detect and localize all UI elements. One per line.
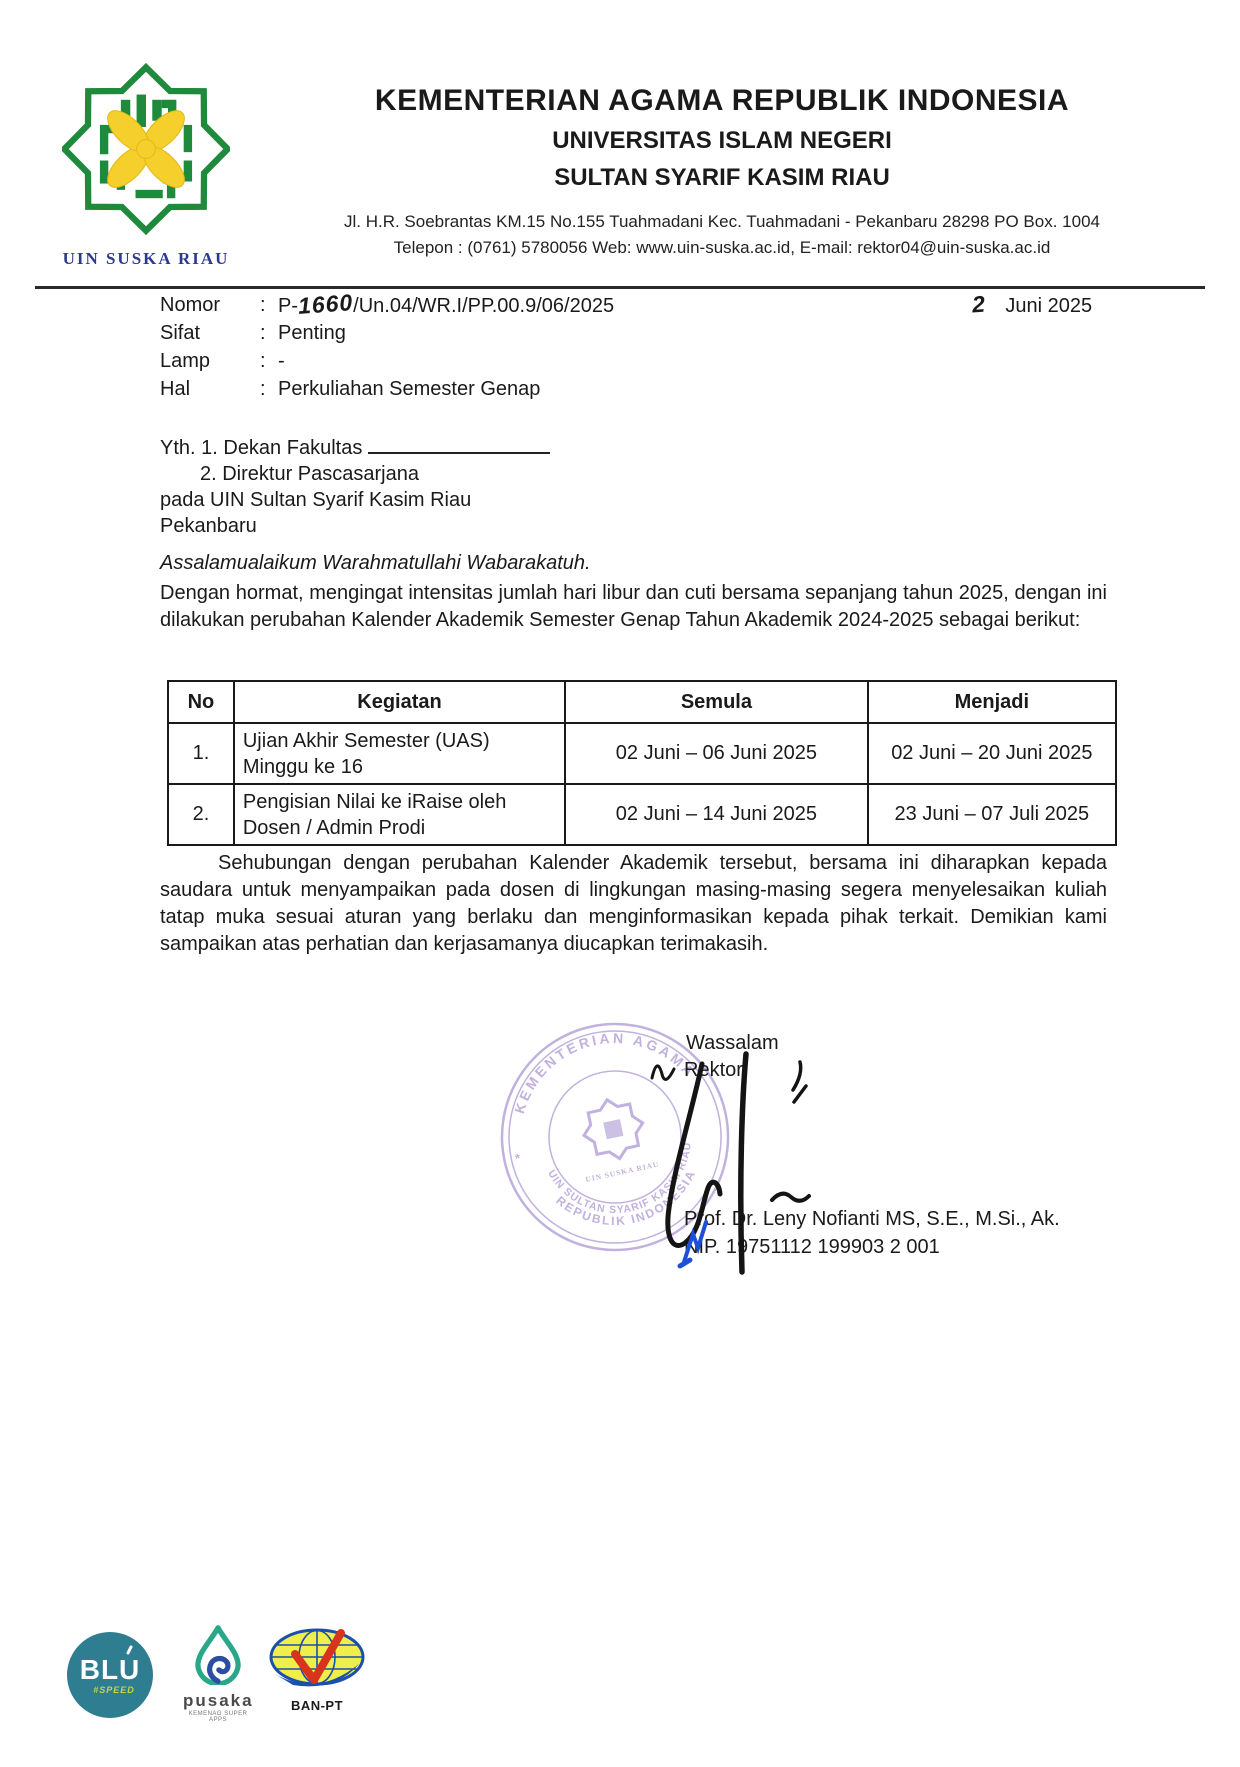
salutation: Assalamualaikum Warahmatullahi Wabarakat… bbox=[160, 552, 591, 575]
table-row: 1. Ujian Akhir Semester (UAS) Minggu ke … bbox=[168, 723, 1116, 784]
pusaka-logo: pusaka KEMENAG SUPER APPS bbox=[183, 1625, 253, 1723]
col-header-kegiatan: Kegiatan bbox=[234, 681, 565, 723]
meta-lamp: Lamp : - bbox=[160, 350, 614, 378]
col-header-semula: Semula bbox=[565, 681, 868, 723]
university-address: Jl. H.R. Soebrantas KM.15 No.155 Tuahmad… bbox=[290, 212, 1154, 232]
banpt-label: BAN-PT bbox=[266, 1698, 368, 1713]
logo-caption: UIN SUSKA RIAU bbox=[62, 249, 230, 269]
handwritten-signature bbox=[600, 1030, 860, 1285]
meta-nomor: Nomor : P-1660/Un.04/WR.I/PP.00.9/06/202… bbox=[160, 294, 614, 322]
table-row: 2. Pengisian Nilai ke iRaise oleh Dosen … bbox=[168, 784, 1116, 845]
recipient-line2: 2. Direktur Pascasarjana bbox=[160, 461, 550, 487]
col-header-no: No bbox=[168, 681, 234, 723]
university-logo: UIN SUSKA RIAU bbox=[62, 60, 230, 269]
nomor-handwritten: 1660 bbox=[297, 292, 353, 316]
blu-label: BLU bbox=[80, 1654, 141, 1685]
letter-page: UIN SUSKA RIAU KEMENTERIAN AGAMA REPUBLI… bbox=[0, 0, 1240, 1767]
recipient-line3: pada UIN Sultan Syarif Kasim Riau bbox=[160, 487, 550, 513]
university-name-line1: UNIVERSITAS ISLAM NEGERI bbox=[290, 127, 1154, 155]
uin-star-logo-icon bbox=[62, 60, 230, 238]
paragraph-1: Dengan hormat, mengingat intensitas juml… bbox=[160, 580, 1107, 634]
table-header-row: No Kegiatan Semula Menjadi bbox=[168, 681, 1116, 723]
letterhead: KEMENTERIAN AGAMA REPUBLIK INDONESIA UNI… bbox=[290, 84, 1154, 258]
pusaka-label: pusaka bbox=[183, 1691, 253, 1711]
schedule-table: No Kegiatan Semula Menjadi 1. Ujian Akhi… bbox=[167, 680, 1117, 846]
recipient-line1: Yth. 1. Dekan Fakultas bbox=[160, 434, 550, 461]
meta-hal: Hal : Perkuliahan Semester Genap bbox=[160, 378, 614, 406]
letter-date: 2 Juni 2025 bbox=[972, 294, 1092, 318]
banpt-logo: BAN-PT bbox=[266, 1628, 368, 1713]
blu-sub-label: #SPEED bbox=[93, 1685, 135, 1695]
stamp-star-separator: * bbox=[514, 1150, 523, 1166]
blu-logo: BLU #SPEED bbox=[66, 1631, 154, 1724]
col-header-menjadi: Menjadi bbox=[868, 681, 1116, 723]
paragraph-2: Sehubungan dengan perubahan Kalender Aka… bbox=[160, 850, 1107, 958]
ministry-name: KEMENTERIAN AGAMA REPUBLIK INDONESIA bbox=[290, 84, 1154, 118]
footer-logos: BLU #SPEED pusaka KEMENAG SUPER APPS bbox=[0, 1620, 420, 1750]
recipient-line4: Pekanbaru bbox=[160, 513, 550, 539]
banpt-logo-icon bbox=[267, 1628, 367, 1692]
university-contact: Telepon : (0761) 5780056 Web: www.uin-su… bbox=[290, 238, 1154, 258]
university-name-line2: SULTAN SYARIF KASIM RIAU bbox=[290, 164, 1154, 192]
pusaka-sub-label: KEMENAG SUPER APPS bbox=[183, 1711, 253, 1723]
nomor-value: P-1660/Un.04/WR.I/PP.00.9/06/2025 bbox=[278, 294, 614, 318]
pusaka-logo-icon bbox=[190, 1625, 246, 1685]
date-day-handwritten: 2 bbox=[971, 294, 986, 315]
blank-underline bbox=[368, 434, 550, 454]
meta-sifat: Sifat : Penting bbox=[160, 322, 614, 350]
letter-meta: Nomor : P-1660/Un.04/WR.I/PP.00.9/06/202… bbox=[160, 294, 614, 406]
recipient-block: Yth. 1. Dekan Fakultas 2. Direktur Pasca… bbox=[160, 434, 550, 539]
blu-logo-icon: BLU #SPEED bbox=[66, 1631, 154, 1719]
letterhead-divider bbox=[35, 286, 1205, 289]
